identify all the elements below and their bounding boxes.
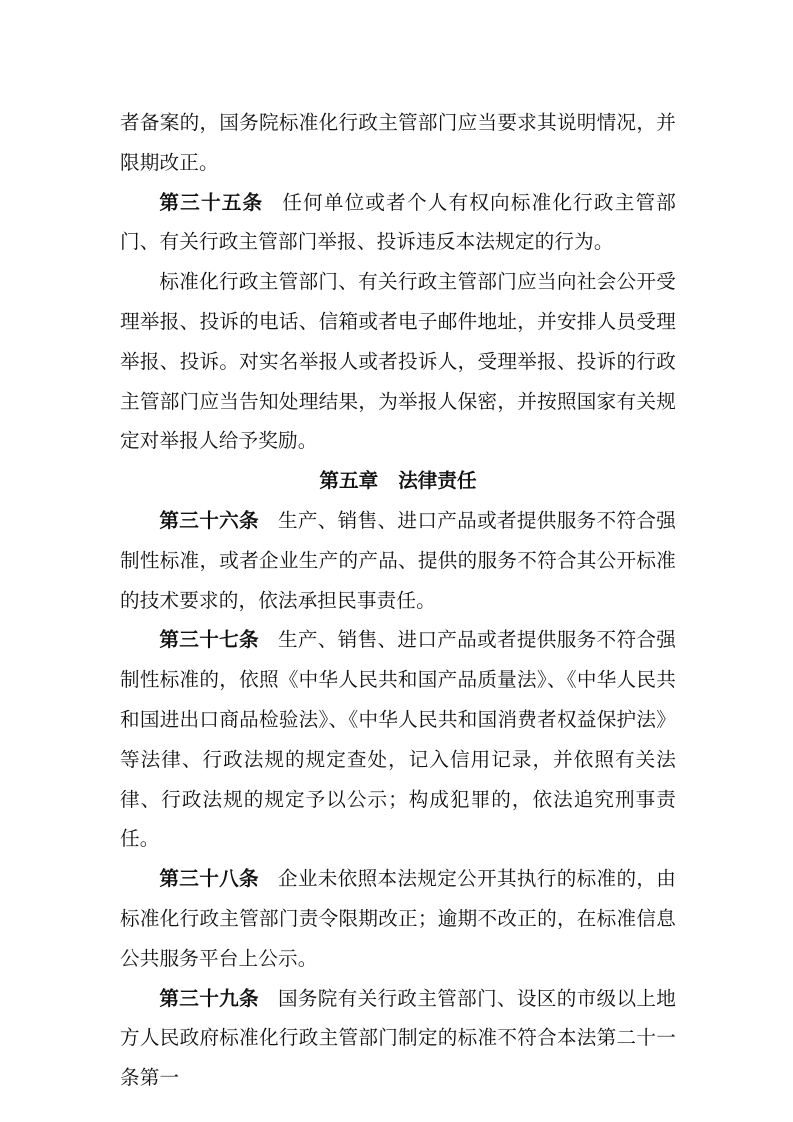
- paragraph-reporting: 标准化行政主管部门、有关行政主管部门应当向社会公开受理举报、投诉的电话、信箱或者…: [120, 262, 676, 461]
- document-page: 者备案的，国务院标准化行政主管部门应当要求其说明情况，并限期改正。 第三十五条任…: [120, 103, 676, 1098]
- article-39: 第三十九条国务院有关行政主管部门、设区的市级以上地方人民政府标准化行政主管部门制…: [120, 979, 676, 1098]
- article-35: 第三十五条任何单位或者个人有权向标准化行政主管部门、有关行政主管部门举报、投诉违…: [120, 183, 676, 263]
- paragraph-text: 标准化行政主管部门、有关行政主管部门应当向社会公开受理举报、投诉的电话、信箱或者…: [120, 270, 676, 452]
- article-number: 第三十九条: [159, 987, 259, 1010]
- chapter-heading: 第五章法律责任: [120, 461, 676, 501]
- article-37: 第三十七条生产、销售、进口产品或者提供服务不符合强制性标准的，依照《中华人民共和…: [120, 620, 676, 859]
- paragraph-continuation: 者备案的，国务院标准化行政主管部门应当要求其说明情况，并限期改正。: [120, 103, 676, 183]
- article-number: 第三十六条: [159, 509, 259, 532]
- article-number: 第三十五条: [159, 191, 263, 214]
- article-text: 生产、销售、进口产品或者提供服务不符合强制性标准的，依照《中华人民共和国产品质量…: [120, 628, 676, 850]
- article-36: 第三十六条生产、销售、进口产品或者提供服务不符合强制性标准，或者企业生产的产品、…: [120, 501, 676, 620]
- article-number: 第三十八条: [159, 867, 259, 890]
- article-number: 第三十七条: [159, 628, 259, 651]
- article-38: 第三十八条企业未依照本法规定公开其执行的标准的，由标准化行政主管部门责令限期改正…: [120, 859, 676, 978]
- chapter-number: 第五章: [319, 469, 378, 492]
- paragraph-text: 者备案的，国务院标准化行政主管部门应当要求其说明情况，并限期改正。: [120, 111, 676, 174]
- chapter-title: 法律责任: [398, 469, 476, 492]
